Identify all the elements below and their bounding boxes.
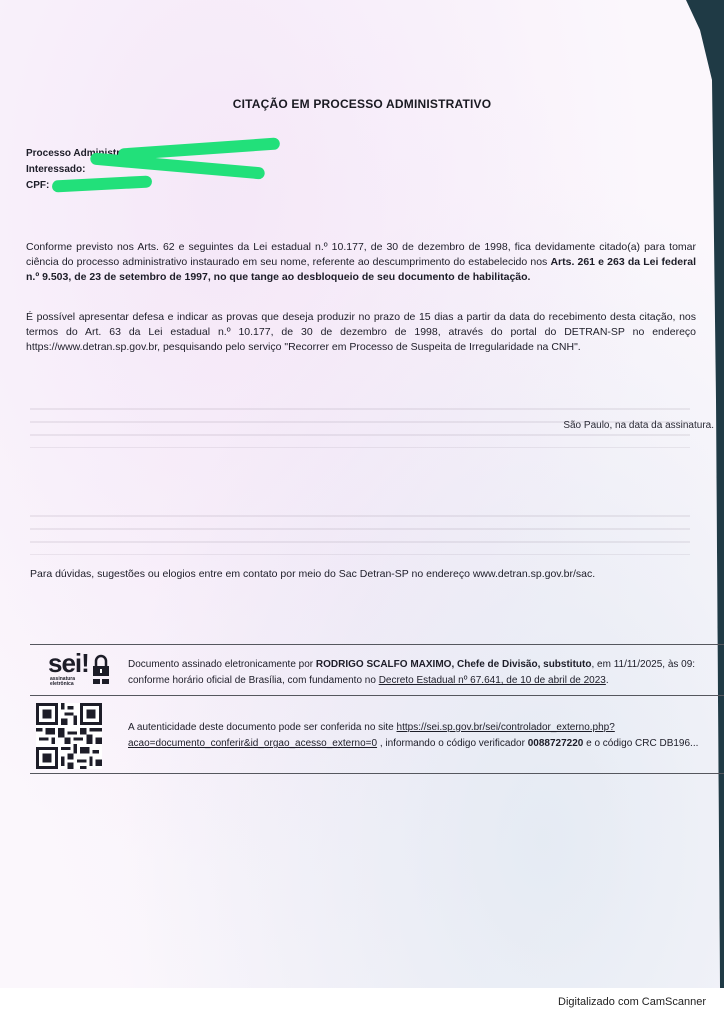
interested-party-label: Interessado: [26,164,85,175]
signature-end: . [606,675,609,686]
qr-code[interactable] [36,703,102,769]
signature-prefix: Documento assinado eletronicamente por [128,659,316,670]
place-date: São Paulo, na data da assinatura. [563,420,714,431]
crc-code: e o código CRC DB196... [583,738,698,749]
verification-link-cont[interactable]: acao=documento_conferir&id_orgao_acesso_… [128,738,377,749]
sei-logo-subtext: assinatura eletrônica [50,677,80,687]
verifier-code: 0088727220 [528,738,584,749]
decree-link[interactable]: Decreto Estadual nº 67.641, de 10 de abr… [379,675,606,686]
bleed-through-text [30,515,690,555]
defense-paragraph: É possível apresentar defesa e indicar a… [26,310,696,355]
divider [30,644,724,645]
signature-text: Documento assinado eletronicamente por R… [128,657,724,689]
document-title: CITAÇÃO EM PROCESSO ADMINISTRATIVO [0,97,724,111]
contact-text: Para dúvidas, sugestões ou elogios entre… [30,567,595,582]
sei-logo: sei! assinatura eletrônica [48,652,118,688]
camscanner-watermark: Digitalizado com CamScanner [558,996,706,1008]
verification-middle: , informando o código verificador [377,738,528,749]
citation-paragraph: Conforme previsto nos Arts. 62 e seguint… [26,240,696,285]
verification-link[interactable]: https://sei.sp.gov.br/sei/controlador_ex… [397,722,615,733]
divider [30,695,724,696]
signature-date: , em 11/11/2025, às 09: [591,659,695,670]
cpf-label: CPF: [26,180,49,191]
verification-prefix: A autenticidade deste documento pode ser… [128,722,397,733]
sei-logo-text: sei! [48,648,89,679]
verification-text: A autenticidade deste documento pode ser… [128,720,724,752]
divider [30,773,724,774]
lock-icon [92,654,110,684]
signature-basis: conforme horário oficial de Brasília, co… [128,675,379,686]
signer-name: RODRIGO SCALFO MAXIMO, Chefe de Divisão,… [316,659,592,670]
